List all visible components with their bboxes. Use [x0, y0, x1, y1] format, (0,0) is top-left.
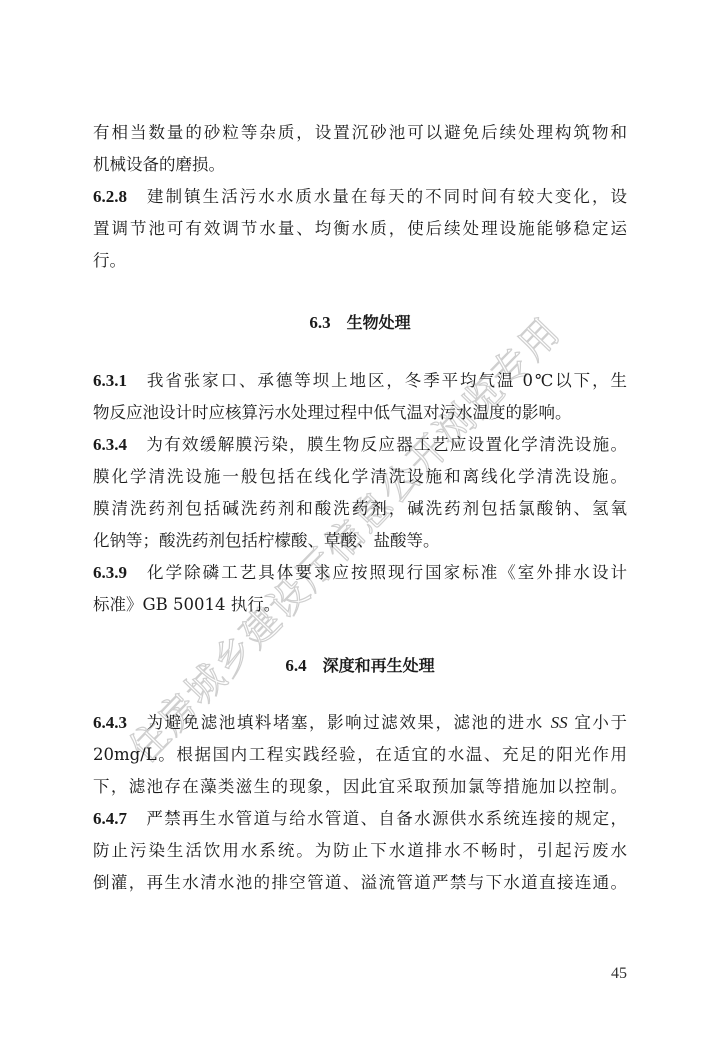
- clause-6-3-9: 6.3.9化学除磷工艺具体要求应按照现行国家标准《室外排水设计: [93, 557, 627, 589]
- paragraph-line: 有相当数量的砂粒等杂质，设置沉砂池可以避免后续处理构筑物和: [93, 117, 627, 149]
- paragraph-line: 化钠等；酸洗药剂包括柠檬酸、草酸、盐酸等。: [93, 525, 627, 557]
- clause-text: 严禁再生水管道与给水管道、自备水源供水系统连接的规定，: [145, 809, 627, 828]
- clause-6-4-3: 6.4.3为避免滤池填料堵塞，影响过滤效果，滤池的进水 SS 宜小于: [93, 707, 627, 739]
- page-number: 45: [600, 965, 627, 983]
- paragraph-line: 物反应池设计时应核算污水处理过程中低气温对污水温度的影响。: [93, 397, 627, 429]
- clause-6-3-1: 6.3.1我省张家口、承德等坝上地区，冬季平均气温 0℃以下，生: [93, 365, 627, 397]
- clause-number: 6.3.1: [93, 365, 145, 397]
- clause-6-3-4: 6.3.4为有效缓解膜污染，膜生物反应器工艺应设置化学清洗设施。: [93, 429, 627, 461]
- clause-number: 6.4.3: [93, 707, 145, 739]
- heading-number: 6.3: [309, 313, 330, 332]
- clause-6-2-8: 6.2.8建制镇生活污水水质水量在每天的不同时间有较大变化，设: [93, 181, 627, 213]
- heading-number: 6.4: [285, 656, 306, 675]
- section-heading-6-3: 6.3生物处理: [0, 307, 720, 339]
- paragraph-line: 标准》GB 50014 执行。: [93, 589, 627, 621]
- clause-text: 化学除磷工艺具体要求应按照现行国家标准《室外排水设计: [145, 563, 627, 582]
- paragraph-line: 20mg/L。根据国内工程实践经验，在适宜的水温、充足的阳光作用: [93, 739, 627, 771]
- paragraph-line: 行。: [93, 245, 627, 277]
- clause-number: 6.3.4: [93, 429, 145, 461]
- clause-6-4-7: 6.4.7严禁再生水管道与给水管道、自备水源供水系统连接的规定，: [93, 803, 627, 835]
- clause-text: 建制镇生活污水水质水量在每天的不同时间有较大变化，设: [145, 187, 627, 206]
- clause-text: 为有效缓解膜污染，膜生物反应器工艺应设置化学清洗设施。: [145, 435, 627, 454]
- clause-number: 6.4.7: [93, 803, 145, 835]
- paragraph-line: 置调节池可有效调节水量、均衡水质，使后续处理设施能够稳定运: [93, 213, 627, 245]
- ss-term: SS: [551, 713, 568, 732]
- heading-title: 深度和再生处理: [323, 656, 435, 675]
- paragraph-line: 倒灌，再生水清水池的排空管道、溢流管道严禁与下水道直接连通。: [93, 867, 627, 899]
- section-heading-6-4: 6.4深度和再生处理: [0, 650, 720, 682]
- paragraph-line: 下，滤池存在藻类滋生的现象，因此宜采取预加氯等措施加以控制。: [93, 771, 627, 803]
- clause-number: 6.3.9: [93, 557, 145, 589]
- clause-text-post: 宜小于: [568, 713, 627, 732]
- document-page: 住房城乡建设厅信息公开浏览专用 有相当数量的砂粒等杂质，设置沉砂池可以避免后续处…: [0, 0, 720, 1044]
- paragraph-line: 膜清洗药剂包括碱洗药剂和酸洗药剂，碱洗药剂包括氯酸钠、氢氧: [93, 493, 627, 525]
- paragraph-line: 防止污染生活饮用水系统。为防止下水道排水不畅时，引起污废水: [93, 835, 627, 867]
- clause-number: 6.2.8: [93, 181, 145, 213]
- heading-title: 生物处理: [347, 313, 411, 332]
- clause-text-pre: 为避免滤池填料堵塞，影响过滤效果，滤池的进水: [145, 713, 551, 732]
- paragraph-line: 膜化学清洗设施一般包括在线化学清洗设施和离线化学清洗设施。: [93, 461, 627, 493]
- paragraph-line: 机械设备的磨损。: [93, 149, 627, 181]
- clause-text: 我省张家口、承德等坝上地区，冬季平均气温 0℃以下，生: [145, 371, 627, 390]
